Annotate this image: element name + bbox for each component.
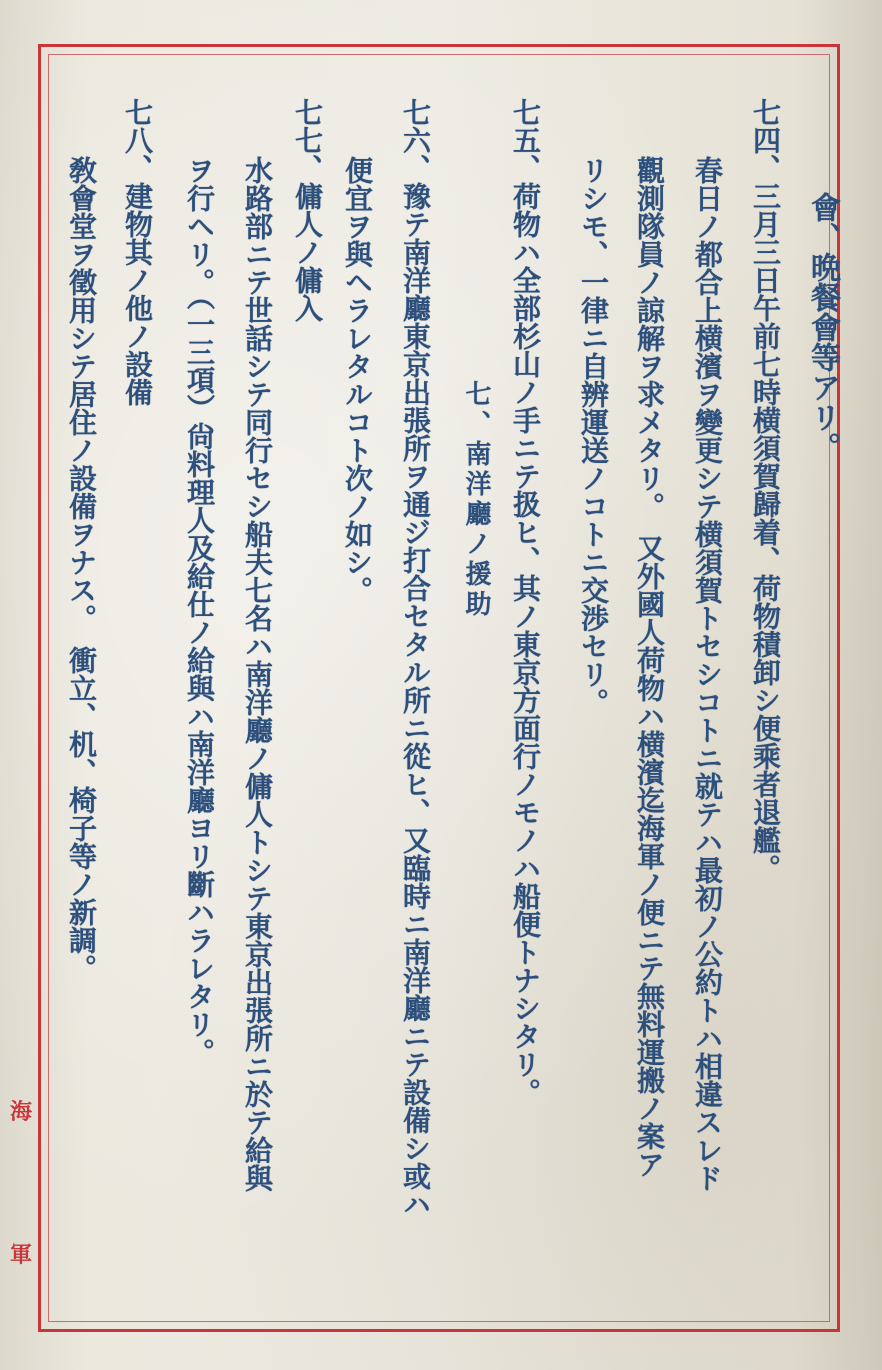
item-76-continued: 便宜ヲ與ヘラレタルコト次ノ如シ。 [340,156,374,604]
item-76: 七六、豫テ南洋廳東京出張所ヲ通ジ打合セタル所ニ從ヒ、又臨時ニ南洋廳ニテ設備シ或ハ [398,98,432,1218]
margin-mark-kai: 海 [10,1095,32,1126]
item-75: 七五、荷物ハ全部杉山ノ手ニテ扱ヒ、其ノ東京方面行ノモノハ船便トナシタリ。 [508,98,542,1106]
item-78-body: 敎會堂ヲ徵用シテ居住ノ設備ヲナス。 衝立、机、椅子等ノ新調。 [64,156,98,982]
item-74-continued-1: 春日ノ都合上横濱ヲ變更シテ横須賀トセシコトニ就テハ最初ノ公約トハ相違スレド [690,156,724,1192]
item-78: 七八、建物其ノ他ノ設備 [120,98,154,406]
item-77-body-2: ヲ行ヘリ。（一三項）尙料理人及給仕ノ給與ハ南洋廳ヨリ斷ハラレタリ。 [182,156,216,1066]
item-74-continued-3: リシモ、一律ニ自辨運送ノコトニ交渉セリ。 [576,156,610,716]
text-column-continuation: 會、晩餐會等アリ。 [804,192,840,462]
item-74: 七四、三月三日午前七時横須賀歸着、荷物積卸シ便乘者退艦。 [748,98,782,882]
item-74-continued-2: 觀測隊員ノ諒解ヲ求メタリ。 又外國人荷物ハ横濱迄海軍ノ便ニテ無料運搬ノ案ア [632,156,666,1178]
margin-mark-gun: 軍 [10,1238,32,1269]
item-77-body-1: 水路部ニテ世話シテ同行セシ船夫七名ハ南洋廳ノ傭人トシテ東京出張所ニ於テ給與 [240,156,274,1192]
item-77: 七七、傭人ノ傭入 [290,98,324,322]
section-heading-7: 七、南洋廳ノ援助 [458,380,494,620]
